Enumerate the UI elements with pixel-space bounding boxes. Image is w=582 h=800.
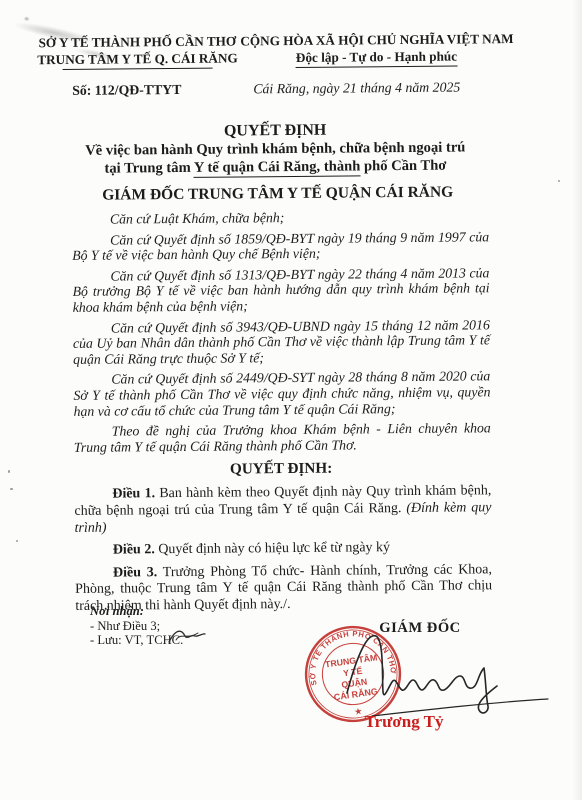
national-motto-block: CỘNG HÒA XÃ HỘI CHỦ NGHĨA VIỆT NAM Độc l…	[240, 31, 513, 98]
recital-paragraph: Căn cứ Luật Khám, chữa bệnh;	[72, 208, 489, 227]
title-block: QUYẾT ĐỊNH Về việc ban hành Quy trình kh…	[1, 118, 582, 178]
issuing-org-block: SỞ Y TẾ THÀNH PHỐ CẦN THƠ TRUNG TÂM Y TẾ…	[28, 33, 247, 99]
decision-heading: QUYẾT ĐỊNH:	[4, 458, 582, 481]
article-2-label: Điều 2.	[113, 542, 155, 557]
org-underline	[63, 68, 213, 70]
signer-title: GIÁM ĐỐC	[340, 620, 500, 637]
stamp-ring-text: SỞ Y TẾ THÀNH PHỐ CẦN THƠ	[302, 623, 398, 686]
subject-line-2-prefix: tại Trung tâm	[104, 160, 193, 177]
round-seal-stamp-icon: SỞ Y TẾ THÀNH PHỐ CẦN THƠ ★ TRUNG TÂM Y …	[295, 616, 410, 731]
org-name: TRUNG TÂM Y TẾ Q. CÁI RĂNG	[28, 50, 246, 68]
stamp-center-line4: CÁI RĂNG	[333, 686, 378, 702]
recital-paragraph: Theo đề nghị của Trưởng khoa Khám bệnh -…	[74, 420, 491, 455]
star-icon: ★	[353, 706, 363, 717]
national-motto: Độc lập - Tự do - Hạnh phúc	[296, 48, 457, 68]
signature-scribble-icon	[325, 616, 575, 726]
article-1-label: Điều 1.	[112, 487, 155, 502]
document-number: Số: 112/QĐ-TTYT	[29, 81, 247, 99]
org-parent-name: SỞ Y TẾ THÀNH PHỐ CẦN THƠ	[28, 33, 246, 51]
article-2: Điều 2. Quyết định này có hiệu lực kể từ…	[75, 539, 492, 559]
issuer-heading: GIÁM ĐỐC TRUNG TÂM Y TẾ QUẬN CÁI RĂNG	[2, 182, 582, 205]
recital-paragraph: Căn cứ Quyết định số 3943/QĐ-UBND ngày 1…	[73, 317, 490, 367]
stamp-center-line1: TRUNG TÂM	[324, 651, 378, 669]
article-3: Điều 3. Trưởng Phòng Tổ chức- Hành chính…	[75, 562, 492, 615]
subject-line-2: tại Trung tâm Y tế quận Cái Răng, thành …	[1, 156, 549, 179]
paraph-mark-icon	[167, 627, 207, 647]
subject-line-2-suffix: phố Cần Thơ	[360, 158, 446, 175]
articles-section: Điều 1. Ban hành kèm theo Quyết định này…	[74, 484, 492, 616]
stamp-center-line2: Y TẾ	[342, 666, 363, 679]
recipient-item: - Lưu: VT, TCHC.	[90, 633, 183, 648]
place-dateline: Cái Răng, ngày 21 tháng 4 năm 2025	[241, 79, 513, 98]
article-3-label: Điều 3.	[113, 565, 157, 580]
recital-paragraph: Căn cứ Quyết định số 1313/QĐ-BYT ngày 22…	[72, 265, 489, 315]
recitals-section: Căn cứ Luật Khám, chữa bệnh; Căn cứ Quyế…	[72, 208, 491, 455]
signer-name: Trương Tỷ	[324, 712, 484, 732]
document-header: SỞ Y TẾ THÀNH PHỐ CẦN THƠ TRUNG TÂM Y TẾ…	[0, 30, 582, 115]
article-1: Điều 1. Ban hành kèm theo Quyết định này…	[74, 484, 491, 537]
recital-paragraph: Căn cứ Quyết định số 1859/QĐ-BYT ngày 19…	[72, 229, 489, 264]
scanned-decision-document: SỞ Y TẾ THÀNH PHỐ CẦN THƠ TRUNG TÂM Y TẾ…	[0, 0, 582, 800]
article-2-text: Quyết định này có hiệu lực kể từ ngày ký	[155, 540, 390, 557]
recital-paragraph: Căn cứ Quyết định số 2449/QĐ-SYT ngày 28…	[73, 369, 490, 419]
svg-text:SỞ Y TẾ THÀNH PHỐ CẦN THƠ: SỞ Y TẾ THÀNH PHỐ CẦN THƠ	[302, 623, 398, 686]
stamp-center-line3: QUẬN	[341, 675, 368, 689]
subject-line-2-underlined: Y tế quận Cái Răng, thành	[194, 158, 361, 177]
national-title: CỘNG HÒA XÃ HỘI CHỦ NGHĨA VIỆT NAM	[240, 31, 512, 50]
